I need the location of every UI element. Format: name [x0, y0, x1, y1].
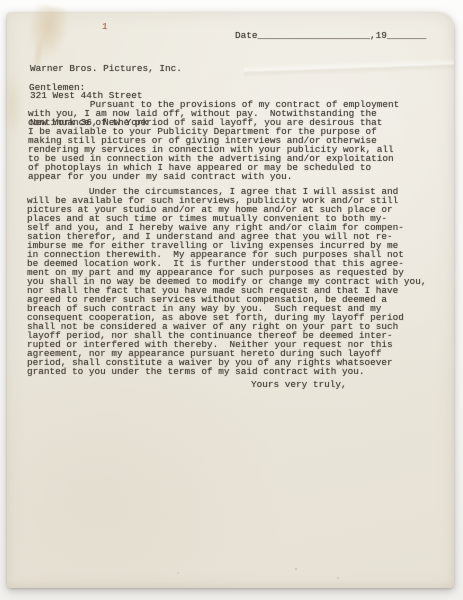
body-paragraph-2: Under the circumstances, I agree that I …: [27, 187, 426, 376]
paper-speckles: [295, 568, 297, 570]
paper-crease: [244, 58, 454, 77]
salutation: Gentlemen:: [29, 83, 85, 92]
closing-line: Yours very truly,: [251, 380, 347, 389]
year-blank-line: _______: [387, 30, 426, 41]
recipient-company: Warner Bros. Pictures, Inc.: [30, 64, 182, 73]
date-line: Date____________________,19_______: [235, 31, 426, 40]
scanned-letter: 1 Date____________________,19_______ War…: [0, 0, 463, 600]
date-label: Date: [235, 30, 258, 41]
letter-paper: 1 Date____________________,19_______ War…: [7, 12, 454, 588]
handwritten-mark: 1: [102, 22, 108, 32]
year-prefix: ,19: [370, 30, 387, 41]
body-paragraph-1: Pursuant to the provisions of my contrac…: [28, 100, 399, 181]
date-blank-line: ____________________: [258, 30, 371, 41]
